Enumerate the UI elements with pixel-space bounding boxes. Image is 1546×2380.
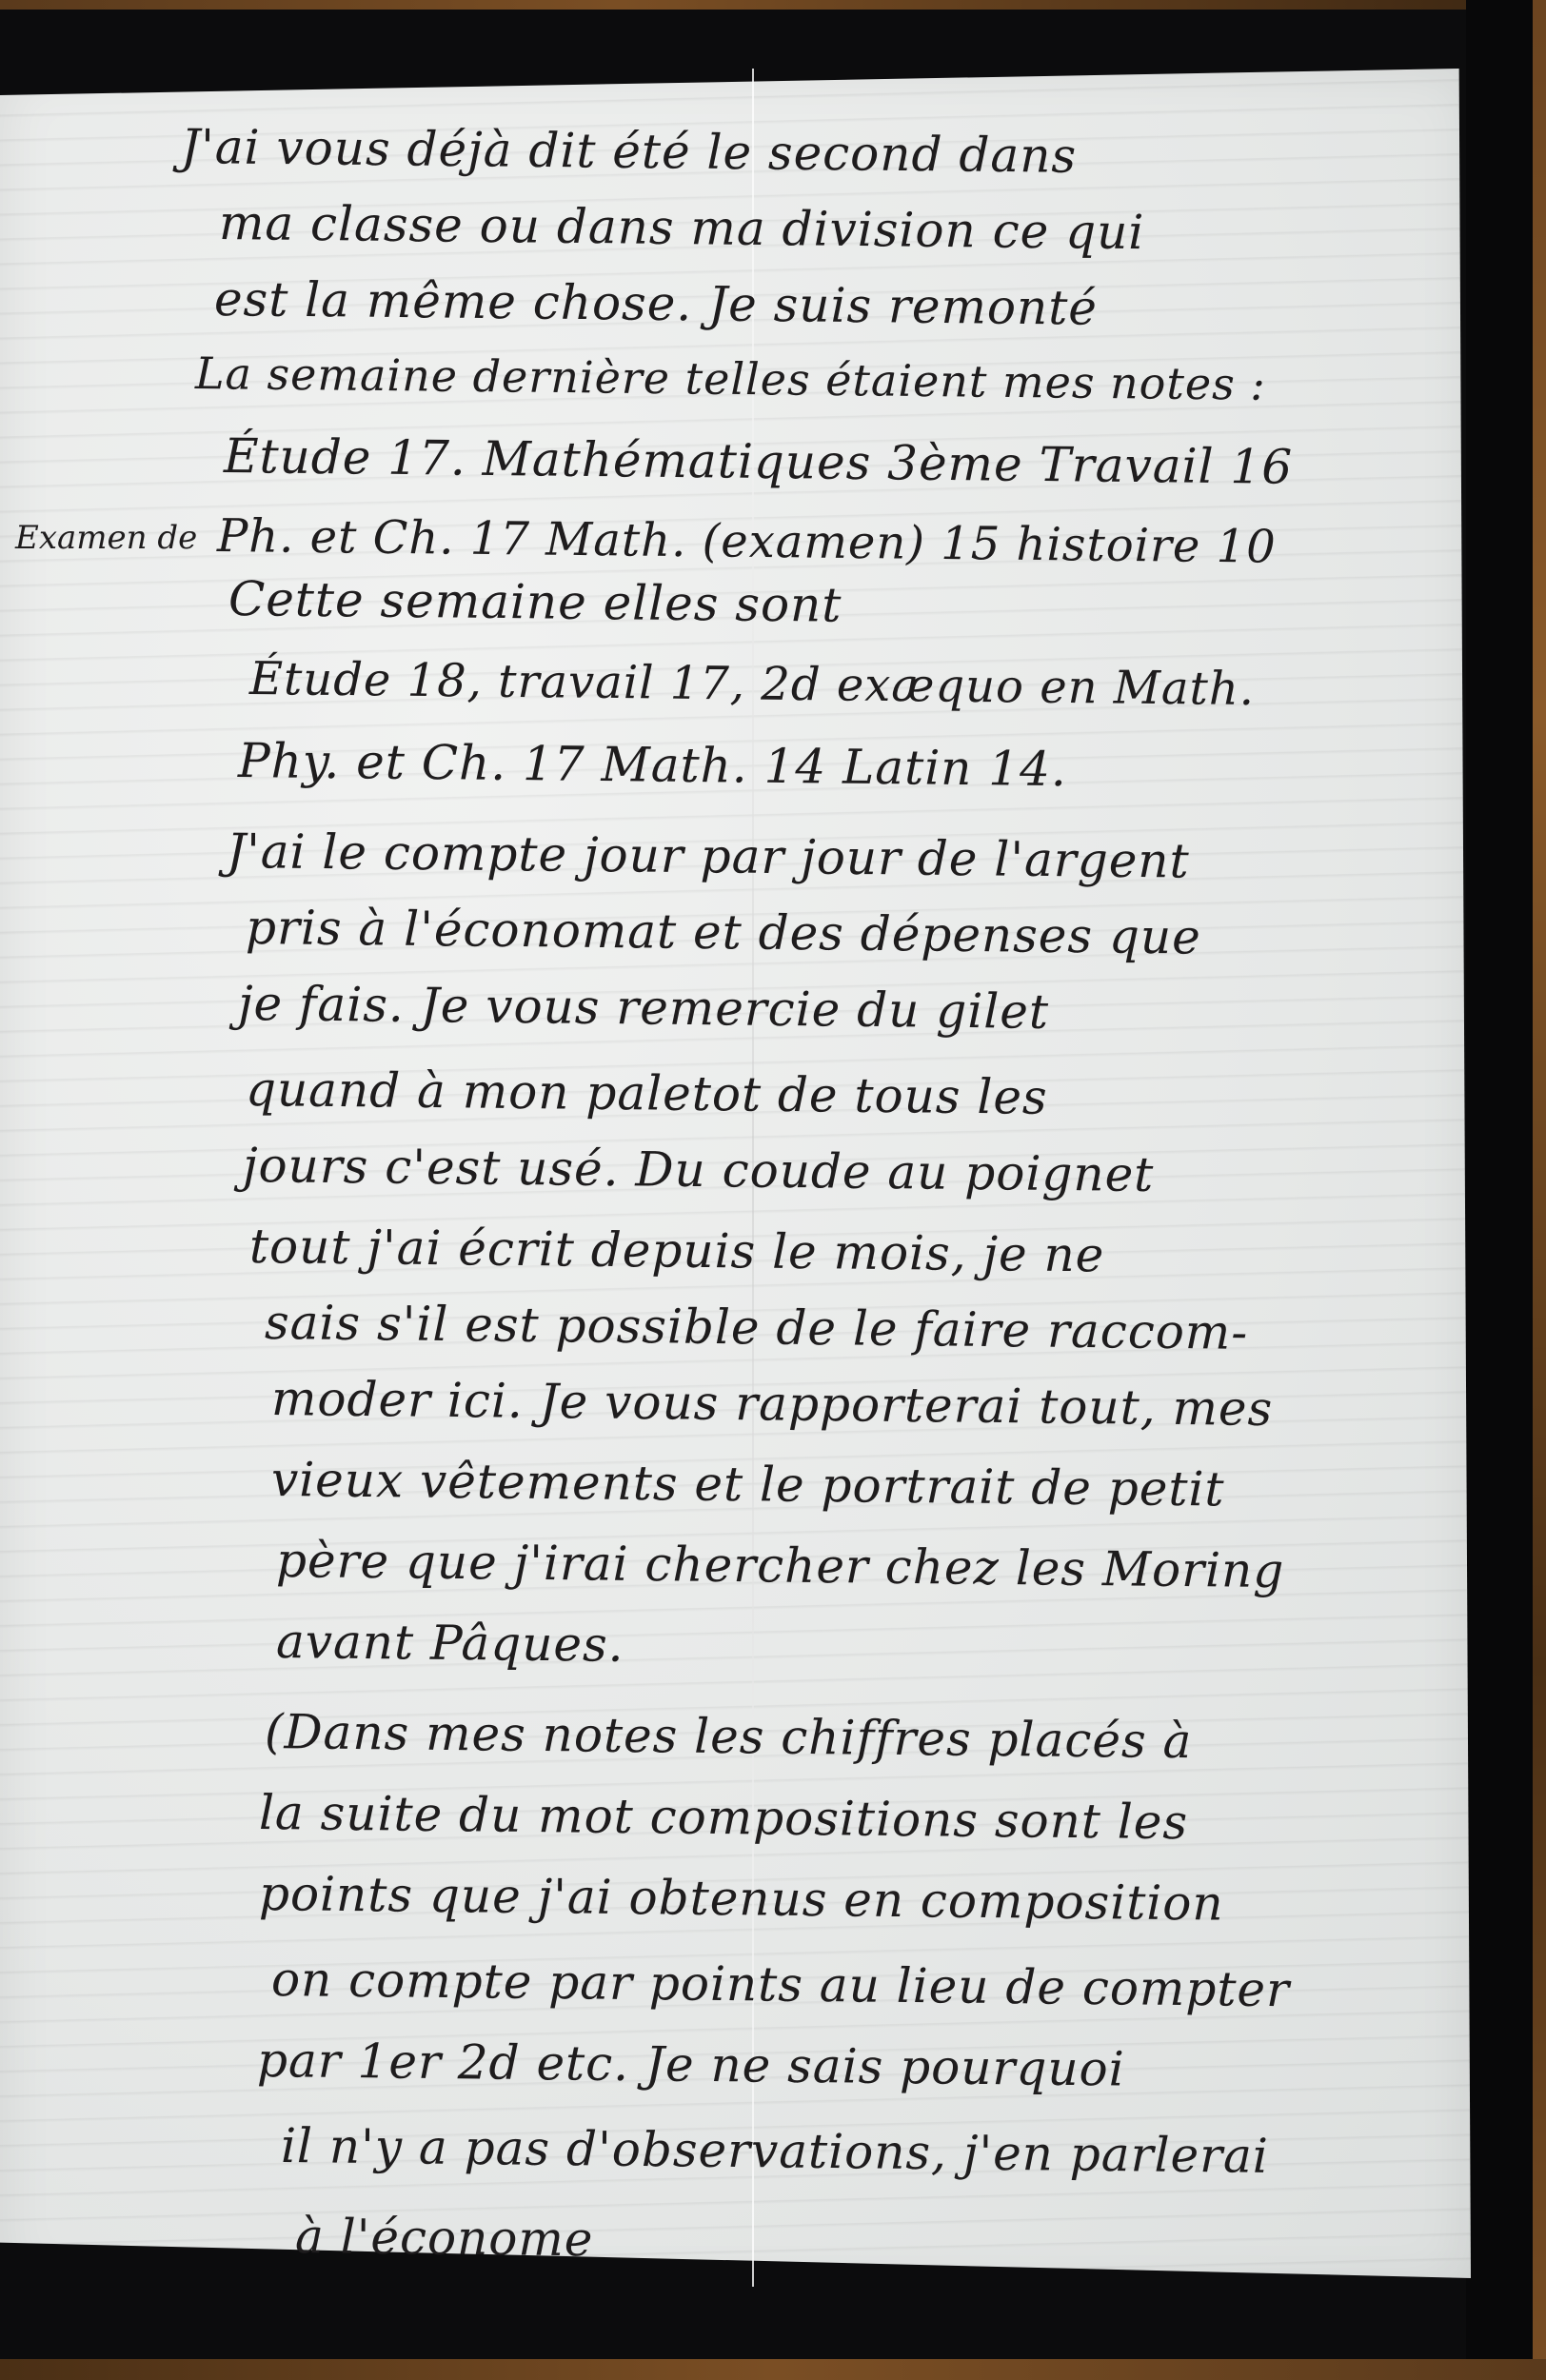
black-mount-right: [1466, 0, 1533, 2380]
letter-line: quand à mon paletot de tous les: [246, 1061, 1048, 1125]
letter-line: par 1er 2d etc. Je ne sais pourquoi: [257, 2033, 1125, 2097]
margin-note: Examen de: [15, 519, 197, 557]
letter-line: avant Pâques.: [276, 1614, 624, 1673]
letter-line: ma classe ou dans ma division ce qui: [219, 195, 1145, 260]
letter-line: Ph. et Ch. 17 Math. (examen) 15 histoire…: [217, 509, 1277, 574]
wooden-frame-top: [0, 0, 1546, 10]
letter-line: Cette semaine elles sont: [228, 571, 842, 633]
letter-line: J'ai le compte jour par jour de l'argent: [227, 823, 1190, 889]
letter-line: sais s'il est possible de le faire racco…: [265, 1295, 1249, 1360]
letter-line: la suite du mot compositions sont les: [259, 1785, 1189, 1850]
letter-line: il n'y a pas d'observations, j'en parler…: [281, 2118, 1269, 2184]
letter-line: J'ai vous déjà dit été le second dans: [181, 119, 1078, 184]
letter-line: tout j'ai écrit depuis le mois, je ne: [249, 1219, 1105, 1282]
letter-line: je fais. Je vous remercie du gilet: [238, 976, 1050, 1040]
photo-frame: Examen de J'ai vous déjà dit été le seco…: [0, 0, 1546, 2380]
letter-line: moder ici. Je vous rapporterai tout, mes: [271, 1371, 1274, 1437]
letter-line: père que j'irai chercher chez les Moring: [276, 1533, 1285, 1598]
letter-line: (Dans mes notes les chiffres placés à: [265, 1704, 1193, 1769]
letter-line: est la même chose. Je suis remonté: [214, 271, 1099, 336]
letter-line: on compte par points au lieu de compter: [271, 1952, 1291, 2017]
letter-line: pris à l'économat et des dépenses que: [246, 900, 1201, 965]
wooden-frame-bottom: [0, 2359, 1546, 2380]
letter-line: Étude 18, travail 17, 2d exæquo en Math.: [249, 652, 1256, 716]
letter-line: Phy. et Ch. 17 Math. 14 Latin 14.: [238, 733, 1067, 797]
letter-line: jours c'est usé. Du coude au poignet: [243, 1138, 1155, 1202]
letter-line: vieux vêtements et le portrait de petit: [271, 1452, 1225, 1517]
letter-line: Étude 17. Mathématiques 3ème Travail 16: [224, 428, 1294, 495]
letter-line: points que j'ai obtenus en composition: [259, 1866, 1224, 1932]
wooden-frame-right: [1533, 0, 1546, 2380]
letter-line: à l'économe: [295, 2209, 594, 2267]
